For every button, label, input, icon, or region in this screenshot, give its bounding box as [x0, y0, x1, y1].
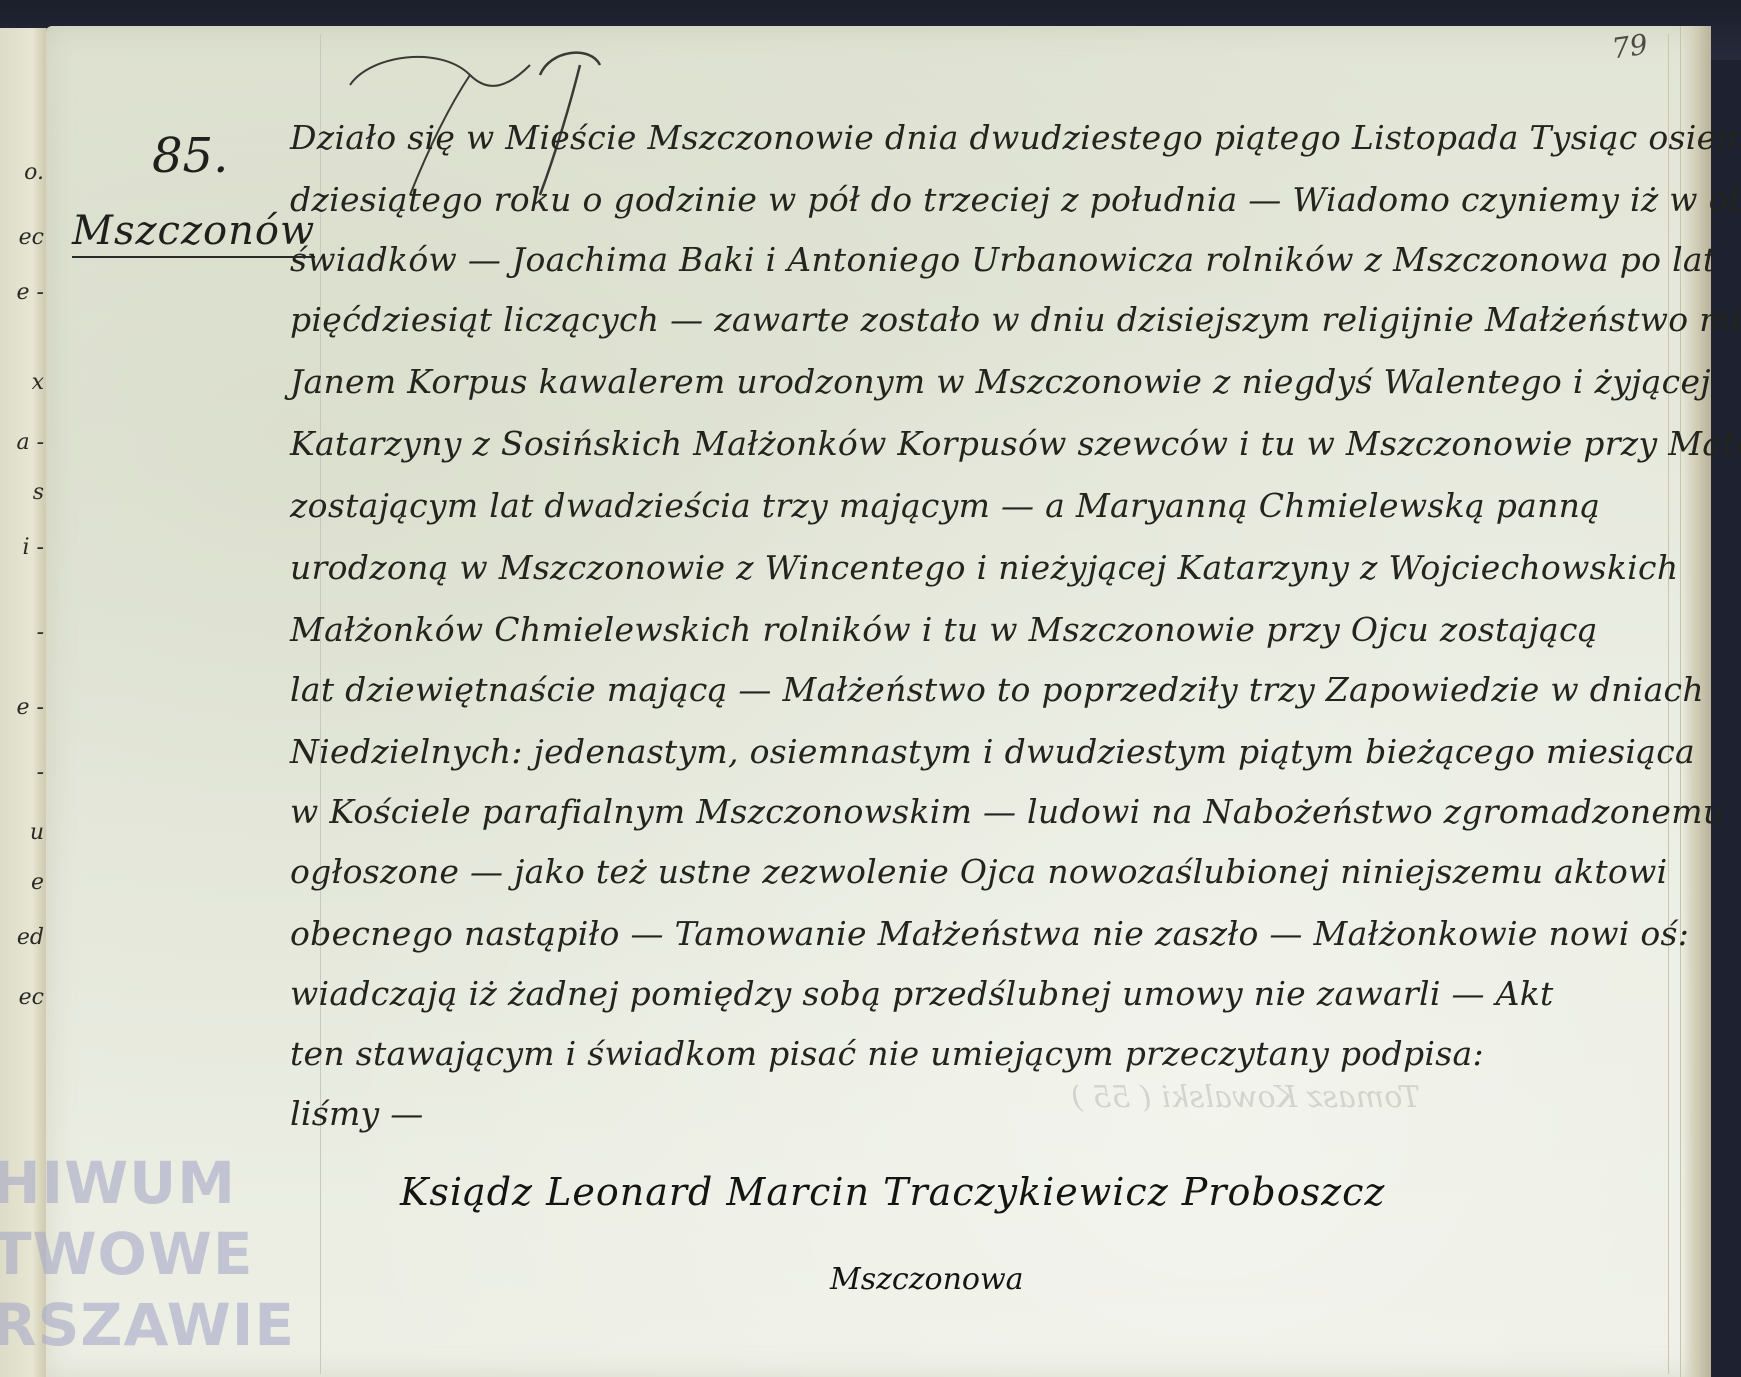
page-number: 79	[1610, 28, 1650, 66]
margin-village-name: Mszczonów	[72, 208, 315, 258]
left-page-fragment: ed	[0, 925, 44, 950]
left-page-fragment: o.	[0, 160, 44, 185]
priest-signature: Ksiądz Leonard Marcin Traczykiewicz Prob…	[400, 1170, 1385, 1214]
record-line: dziesiątego roku o godzinie w pół do trz…	[290, 180, 1741, 219]
left-page-fragment: u	[0, 820, 44, 845]
record-line: ogłoszone — jako też ustne zezwolenie Oj…	[290, 852, 1667, 891]
left-page-fragment: s	[0, 480, 44, 505]
record-line: urodzoną w Mszczonowie z Wincentego i ni…	[290, 548, 1678, 587]
watermark-line: HIWUM	[0, 1148, 295, 1219]
left-page-fragment: ec	[0, 225, 44, 250]
bleed-through-text: Tomasz Kowalski ( 55 )	[700, 1080, 1420, 1170]
record-line: lat dziewiętnaście mającą — Małżeństwo t…	[290, 670, 1704, 709]
left-page-fragment: -	[0, 760, 44, 785]
left-page-fragment: i -	[0, 535, 44, 560]
record-line: pięćdziesiąt liczących — zawarte zostało…	[290, 300, 1741, 339]
watermark-line: TWOWE	[0, 1219, 295, 1290]
archive-watermark: HIWUMTWOWERSZAWIE	[0, 1148, 295, 1361]
record-line: obecnego nastąpiło — Tamowanie Małżeństw…	[290, 914, 1689, 953]
left-page-fragment: x	[0, 370, 44, 395]
record-line: ten stawającym i świadkom pisać nie umie…	[290, 1034, 1484, 1073]
watermark-line: RSZAWIE	[0, 1290, 295, 1361]
record-line: liśmy —	[290, 1094, 424, 1133]
record-line: Działo się w Mieście Mszczonowie dnia dw…	[290, 118, 1741, 157]
record-line: wiadczają iż żadnej pomiędzy sobą przedś…	[290, 974, 1554, 1013]
left-page-fragment: -	[0, 620, 44, 645]
record-line: Małżonków Chmielewskich rolników i tu w …	[290, 610, 1598, 649]
record-line: w Kościele parafialnym Mszczonowskim — l…	[290, 792, 1724, 831]
record-line: Niedzielnych: jedenastym, osiemnastym i …	[290, 732, 1695, 771]
entry-number: 85.	[152, 128, 228, 184]
record-line: Katarzyny z Sosińskich Małżonków Korpusó…	[290, 424, 1741, 463]
record-line: świadków — Joachima Baki i Antoniego Urb…	[290, 240, 1716, 279]
left-page-fragment: a -	[0, 430, 44, 455]
left-page-fragment: e	[0, 870, 44, 895]
record-line: Janem Korpus kawalerem urodzonym w Mszcz…	[290, 362, 1711, 401]
left-page-fragment: e -	[0, 280, 44, 305]
record-line: zostającym lat dwadzieścia trzy mającym …	[290, 486, 1600, 525]
parish-signature: Mszczonowa	[830, 1262, 1024, 1297]
left-page-fragment: e -	[0, 695, 44, 720]
left-page-fragment: ec	[0, 985, 44, 1010]
